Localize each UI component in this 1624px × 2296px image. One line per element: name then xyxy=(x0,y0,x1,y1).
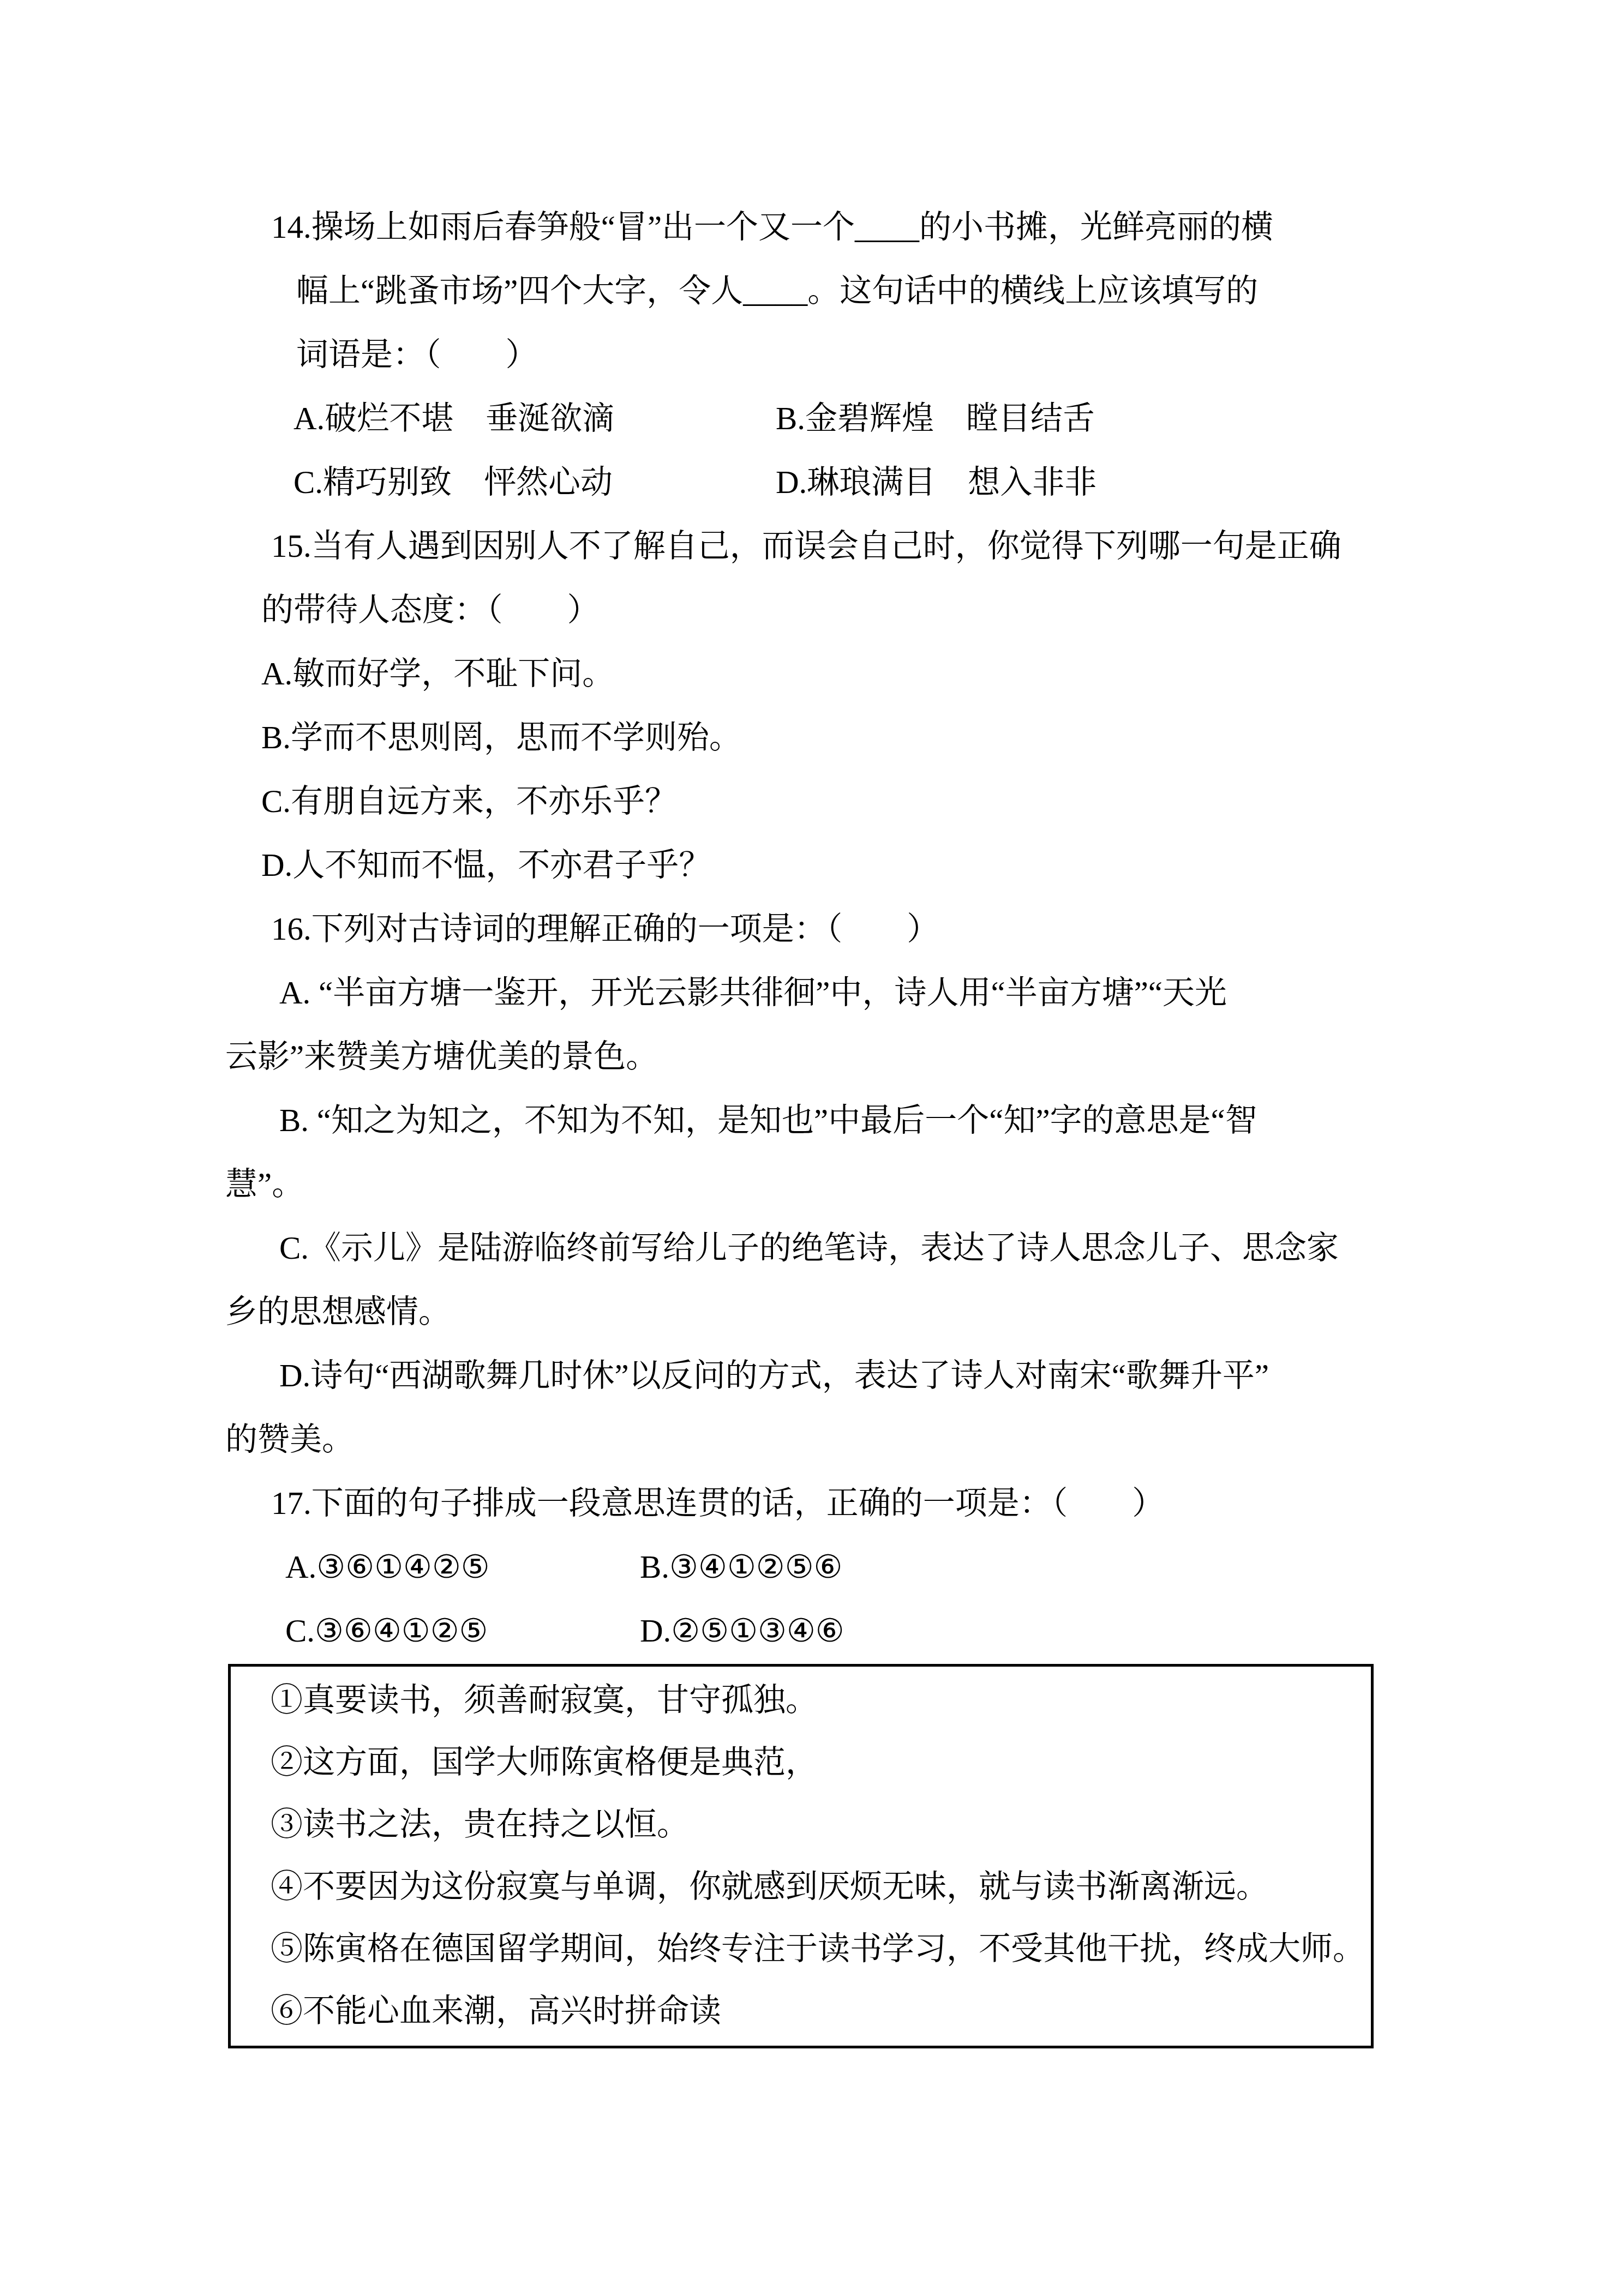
sentence-5: ⑤陈寅格在德国留学期间，始终专注于读书学习，不受其他干扰，终成大师。 xyxy=(271,1918,1360,1980)
q14-stem-line-3: 词语是：（ ） xyxy=(225,323,1624,387)
sentence-2: ②这方面，国学大师陈寅格便是典范， xyxy=(271,1731,1360,1793)
q16-option-d-line-1: D.诗句“西湖歌舞几时休”以反问的方式，表达了诗人对南宋“歌舞升平” xyxy=(225,1344,1624,1408)
q14-stem-line-1: 14.操场上如雨后春笋般“冒”出一个又一个____的小书摊，光鲜亮丽的横 xyxy=(225,195,1624,259)
sentence-4: ④不要因为这份寂寞与单调，你就感到厌烦无味，就与读书渐离渐远。 xyxy=(271,1855,1360,1918)
q16-stem: 16.下列对古诗词的理解正确的一项是：（ ） xyxy=(225,897,1624,961)
q14-options-row-2: C.精巧别致 怦然心动 D.琳琅满目 想入非非 xyxy=(225,450,1624,514)
q15-option-c: C.有朋自远方来，不亦乐乎？ xyxy=(225,770,1624,833)
q14-option-c: C.精巧别致 怦然心动 xyxy=(293,450,613,514)
question-17: 17.下面的句子排成一段意思连贯的话，正确的一项是：（ ） A.③⑥①④②⑤ B… xyxy=(225,1471,1624,1663)
q15-option-a: A.敏而好学，不耻下问。 xyxy=(225,642,1624,706)
q14-options-row-1: A.破烂不堪 垂涎欲滴 B.金碧辉煌 瞠目结舌 xyxy=(225,387,1624,450)
q14-option-d: D.琳琅满目 想入非非 xyxy=(776,450,1096,514)
q17-option-b: B.③④①②⑤⑥ xyxy=(640,1535,842,1599)
q15-stem-line-2: 的带待人态度：（ ） xyxy=(225,578,1624,642)
q14-option-a: A.破烂不堪 垂涎欲滴 xyxy=(293,387,614,450)
q16-option-c-line-1: C.《示儿》是陆游临终前写给儿子的绝笔诗，表达了诗人思念儿子、思念家 xyxy=(225,1216,1624,1280)
question-15: 15.当有人遇到因别人不了解自己，而误会自己时，你觉得下列哪一句是正确 的带待人… xyxy=(225,514,1624,897)
sentence-box: ①真要读书，须善耐寂寞，甘守孤独。 ②这方面，国学大师陈寅格便是典范， ③读书之… xyxy=(228,1664,1374,2048)
exam-document-page: 14.操场上如雨后春笋般“冒”出一个又一个____的小书摊，光鲜亮丽的横 幅上“… xyxy=(0,0,1624,2296)
q14-option-b: B.金碧辉煌 瞠目结舌 xyxy=(776,387,1095,450)
q17-options-row-1: A.③⑥①④②⑤ B.③④①②⑤⑥ xyxy=(225,1535,1624,1599)
q17-options-row-2: C.③⑥④①②⑤ D.②⑤①③④⑥ xyxy=(225,1599,1624,1663)
q15-option-b: B.学而不思则罔，思而不学则殆。 xyxy=(225,706,1624,770)
q16-option-b-line-2: 慧”。 xyxy=(225,1152,1624,1216)
sentence-1: ①真要读书，须善耐寂寞，甘守孤独。 xyxy=(271,1669,1360,1731)
q16-option-c-line-2: 乡的思想感情。 xyxy=(225,1280,1624,1344)
q16-option-d-line-2: 的赞美。 xyxy=(225,1408,1624,1471)
q17-option-a: A.③⑥①④②⑤ xyxy=(285,1535,490,1599)
sentence-3: ③读书之法，贵在持之以恒。 xyxy=(271,1793,1360,1855)
question-14: 14.操场上如雨后春笋般“冒”出一个又一个____的小书摊，光鲜亮丽的横 幅上“… xyxy=(225,195,1624,514)
q17-stem: 17.下面的句子排成一段意思连贯的话，正确的一项是：（ ） xyxy=(225,1471,1624,1535)
q15-stem-line-1: 15.当有人遇到因别人不了解自己，而误会自己时，你觉得下列哪一句是正确 xyxy=(225,514,1624,578)
q17-option-d: D.②⑤①③④⑥ xyxy=(640,1599,844,1663)
q16-option-a-line-2: 云影”来赞美方塘优美的景色。 xyxy=(225,1025,1624,1089)
question-list: 14.操场上如雨后春笋般“冒”出一个又一个____的小书摊，光鲜亮丽的横 幅上“… xyxy=(0,0,1624,2048)
q14-stem-line-2: 幅上“跳蚤市场”四个大字，令人____。这句话中的横线上应该填写的 xyxy=(225,259,1624,323)
q16-option-b-line-1: B. “知之为知之，不知为不知，是知也”中最后一个“知”字的意思是“智 xyxy=(225,1089,1624,1152)
sentence-6: ⑥不能心血来潮，高兴时拼命读 xyxy=(271,1980,1360,2042)
question-16: 16.下列对古诗词的理解正确的一项是：（ ） A. “半亩方塘一鉴开，开光云影共… xyxy=(225,897,1624,1471)
q17-option-c: C.③⑥④①②⑤ xyxy=(285,1599,488,1663)
q15-option-d: D.人不知而不愠，不亦君子乎？ xyxy=(225,833,1624,897)
q16-option-a-line-1: A. “半亩方塘一鉴开，开光云影共徘徊”中，诗人用“半亩方塘”“天光 xyxy=(225,961,1624,1025)
